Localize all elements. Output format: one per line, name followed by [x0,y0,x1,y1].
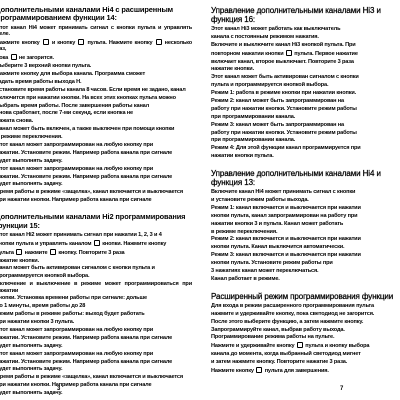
paragraph-line: Режим 2: канал включается и выключается … [211,236,397,242]
left-page-column: дополнительными каналами Hi4 с расширенн… [0,6,192,398]
paragraph-line: пока не загорится. [0,54,192,61]
paragraph-line: кнопки пульта. Установите режим работы п… [211,260,397,266]
paragraph-line: в режиме переключения. [211,229,397,235]
remote-button-icon [78,39,84,45]
right-page-column: Управление дополнительными каналами Hi3 … [211,6,397,376]
paragraph-line: в режиме переключения. [0,134,192,140]
paragraph-line: программируется кнопкой выбора. [0,273,192,279]
paragraph-line: Запрограммируйте канал, выбрав работу вы… [211,327,397,333]
paragraph-line: снова сработает, после 7-ми секунд, если… [0,110,192,116]
paragraph-line: нажатии. Установите режим. Например рабо… [0,335,192,341]
section-gap [211,161,397,169]
paragraph-line: и затем нажмите кнопку. Повторите нажати… [211,359,397,365]
paragraph-line: Этот канал может запрограммирован на люб… [0,327,192,333]
paragraph-line: нажатие кнопки. [211,66,397,72]
paragraph-line: будет выполнять задачу. [0,158,192,164]
paragraph-line: Этот канал Hi2 может принимать сигнал пр… [0,232,192,238]
paragraph-line: Канал работает в режиме. [211,276,397,282]
right-page: Управление дополнительными каналами Hi3 … [203,0,400,400]
paragraph-line: Включите канал Hi4 может принимать сигна… [211,189,397,195]
paragraph-line: выбрать время работы. После завершения р… [0,103,192,109]
remote-button-icon [286,50,292,56]
paragraph-line: Этот канал Hi3 может работать как выключ… [211,26,397,32]
paragraph-line: будет выполнять задачу. [0,343,192,349]
paragraph-line: задать время работы выхода H. [0,79,192,85]
page-number: 3 [57,386,60,392]
left-page: дополнительными каналами Hi4 с расширенн… [0,0,197,400]
paragraph-line: кнопки. Установка времени работы при сиг… [0,295,192,301]
section-heading: дополнительными каналами Hi4 с расширенн… [0,6,192,23]
paragraph-line: нажатии. Установите режим. Например рабо… [0,359,192,365]
paragraph-line: Время работы в режиме «защелка», канал в… [0,374,192,380]
remote-button-icon [11,54,17,60]
paragraph-line: Для входа в режим расширенного программи… [211,303,397,309]
paragraph-line: будет выполнять задачу. [0,366,192,372]
paragraph-line: Включите и выключите канал Hi3 кнопкой п… [211,42,397,48]
paragraph-line: включает канал, второе выключает. Повтор… [211,59,397,65]
paragraph-line: работу при нажатии кнопки. Установите ре… [211,130,397,136]
paragraph-line: Выберите 3 верхний кнопки пульта. [0,63,192,69]
paragraph-line: канала с постоянным режимом нажатия. [211,34,397,40]
paragraph-line: Время работы в режиме «защелка», канал в… [0,189,192,195]
paragraph-line: 3 нажатиях канал может переключаться. [211,268,397,274]
paragraph-line: Этот канал Hi4 может принимать сигнал с … [0,25,192,38]
paragraph-line: кнопки пульта. Канал выключится автомати… [211,244,397,250]
paragraph-line: до 1 минуты, время работы до 28 [0,303,192,309]
paragraph-line: и установите режим работы выхода. [211,197,397,203]
paragraph-line: повторном нажатии кнопки пульта. Первое … [211,50,397,57]
paragraph-line: Установите время работы канала 8 часов. … [0,87,192,93]
paragraph-line: при нажатии кнопки 3 пульта. [0,319,192,325]
remote-button-icon [256,367,262,373]
section-heading: дополнительными каналами Hi2 программиро… [0,213,192,230]
paragraph-line: при нажатии кнопки. Например работа кана… [0,382,192,388]
remote-button-icon [297,342,303,348]
paragraph-line: нажмите и удерживайте кнопку, пока свето… [211,311,397,317]
paragraph-line: Включение и выключение в режиме может пр… [0,281,192,294]
paragraph-line: Нажмите кнопку пульта для завершения. [211,367,397,374]
remote-button-icon [16,249,22,255]
paragraph-line: нажатии кнопки пульта. [211,153,397,159]
paragraph-line: Канал может быть активирован сигналом с … [0,265,192,271]
paragraph-line: нажатие кнопки. [0,258,192,264]
paragraph-line: будет выполнять задачу. [0,390,192,396]
paragraph-line: включится при нажатии кнопки. На всех эт… [0,95,192,101]
paragraph-line: канала до момента, когда выбранный свето… [211,351,397,357]
paragraph-line: После этого выберите функцию, а затем на… [211,319,397,325]
paragraph-line: Режим 1: работа в режиме кнопки при нажа… [211,90,397,96]
paragraph-line: Этот канал может запрограммирован на люб… [0,142,192,148]
paragraph-line: будет выполнять задачу. [0,181,192,187]
remote-button-icon [43,39,49,45]
paragraph-line: Нажмите и удерживайте кнопку пульта и кн… [211,342,397,349]
paragraph-line: Канал может быть включен, а также выключ… [0,126,192,132]
paragraph-line: Этот канал может запрограммирован на люб… [0,166,192,172]
paragraph-line: Этот канал может быть активирован сигнал… [211,74,397,80]
paragraph-line: Режим 3: канал включается и выключается … [211,252,397,258]
remote-button-icon [156,39,162,45]
section-heading: Управление дополнительными каналами Hi3 … [211,6,397,24]
section-gap [211,284,397,292]
paragraph-line: кнопки пульта и управлять каналом кнопки… [0,240,192,247]
paragraph-line: Режим работы в режиме работы: выход буде… [0,311,192,317]
section-heading: Расширенный режим программирования функц… [211,292,397,301]
paragraph-line: нажатии. Установите режим. Например рабо… [0,150,192,156]
paragraph-line: Этот канал может запрограммирован на люб… [0,351,192,357]
paragraph-line: пульта нажмите кнопку. Повторите 3 раза [0,249,192,256]
paragraph-line: при программировании канала. [211,137,397,143]
paragraph-line: при нажатии кнопки. Например работа кана… [0,197,192,203]
page-number: 7 [340,386,343,392]
paragraph-line: Режим 3: канал может быть запрограммиров… [211,122,397,128]
paragraph-line: Нажмите кнопку для выбора канала. Програ… [0,71,192,77]
section-heading: Управление дополнительными каналами Hi4 … [211,169,397,187]
paragraph-line: Режим 2: канал может быть запрограммиров… [211,98,397,104]
paragraph-line: Режим 4: Для этой функции канал программ… [211,145,397,151]
remote-button-icon [50,249,56,255]
paragraph-line: нажатии кнопки 3 и пульта. Канал может р… [211,221,397,227]
paragraph-line: Нажмите кнопку и кнопку пульта. Нажмите … [0,39,192,53]
paragraph-line: Программирование режима работы на пульте… [211,334,397,340]
paragraph-line: кнопки пульта, канал запрограммирован на… [211,213,397,219]
paragraph-line: нажатии. Установите режим. Например рабо… [0,174,192,180]
paragraph-line: Режим 1: канал включается и выключается … [211,205,397,211]
paragraph-line: пульта и программируется кнопкой выбора. [211,82,397,88]
paragraph-line: при программировании канала. [211,114,397,120]
remote-button-icon [94,240,100,246]
paragraph-line: нажата снова. [0,118,192,124]
paragraph-line: работу при нажатии кнопки. Установите ре… [211,106,397,112]
